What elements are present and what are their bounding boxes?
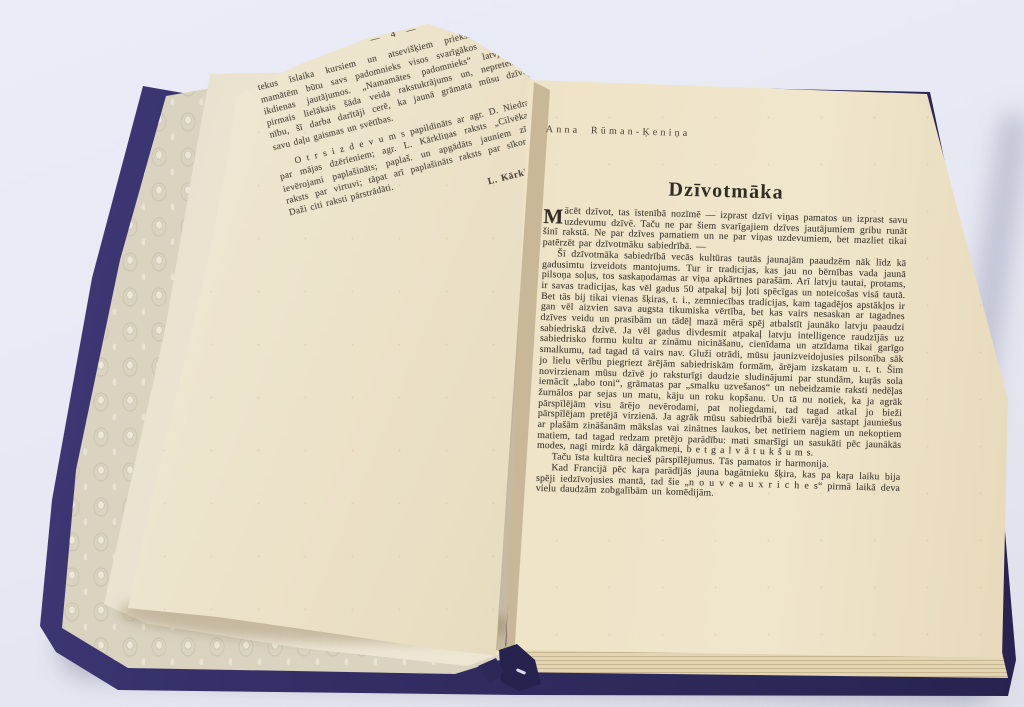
drop-cap-initial: M [543,207,561,225]
book-photo-scene: — 4 — tekus īslaika kursiem un atsevišķi… [0,0,1024,707]
right-page-text-block: Anna Rūman-Ķeniņa Dzīvotmāka Mācēt dzīvo… [536,124,910,505]
body-paragraph: Šī dzīvotmāka sabiedrībā vecās kultūras … [537,249,907,462]
chapter-title: Dzīvotmāka [544,175,909,208]
paragraph-text: ācēt dzīvot, tas īstenībā nozīmē — izpra… [543,206,908,253]
